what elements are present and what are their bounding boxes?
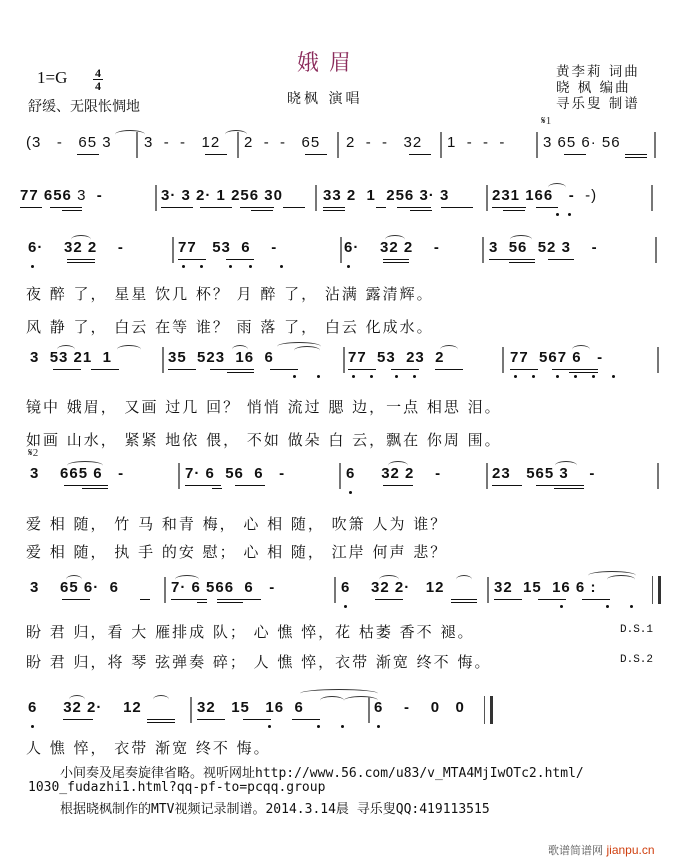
notes-r3-m2: 77 53 6 -: [178, 239, 277, 256]
underline: [243, 719, 271, 720]
low-octave-dot: [612, 375, 615, 378]
low-octave-dot: [229, 265, 232, 268]
barline: [136, 132, 138, 158]
underline: [376, 207, 386, 208]
tie-arc: [320, 696, 344, 705]
tie-arc: [572, 345, 590, 354]
tempo-marking: 舒缓、无限怅惆地: [28, 96, 140, 116]
notes-r4-m2: 35 523 16 6: [168, 349, 274, 366]
underline: [161, 207, 193, 208]
low-octave-dot: [560, 605, 563, 608]
tie-arc: [344, 696, 378, 705]
credits: 黄李莉 词曲 晓 枫 编曲 寻乐叟 制谱: [556, 64, 640, 112]
footer-note-line-2: 1030_fudazhi1.html?qq-pf-to=pcqq.group: [28, 780, 325, 795]
underline: [492, 207, 526, 208]
low-octave-dot: [249, 265, 252, 268]
underline: [67, 262, 95, 263]
segno-1-marker: 𝄋1: [541, 115, 551, 128]
underline: [251, 210, 273, 211]
footer-note-line-3: 根据晓枫制作的MTV视频记录制谱。2014.3.14晨 寻乐叟QQ:419113…: [60, 798, 490, 817]
underline: [494, 599, 522, 600]
low-octave-dot: [606, 605, 609, 608]
time-signature: 4 4: [93, 67, 103, 92]
score-row-4: 3 53 21 1 35 523 16 6 77 53 23 2 77 567 …: [0, 345, 696, 379]
tie-arc: [69, 695, 85, 704]
barline: [440, 132, 442, 158]
underline: [270, 369, 298, 370]
underline: [375, 599, 403, 600]
lyric-row-4-verse-2: 如画 山水， 紧紧 地依 偎， 不如 做朵 白 云，飘在 你周 围。: [26, 429, 502, 450]
notes-r1-m1: (3 - 65 3: [26, 134, 112, 151]
barline: [487, 577, 489, 603]
underline: [200, 207, 232, 208]
tie-arc: [456, 575, 472, 584]
credit-transcriber: 寻乐叟 制谱: [556, 96, 640, 112]
watermark: 歌谱简谱网 jianpu.cn: [548, 842, 655, 858]
notes-r4-m3: 77 53 23 2: [348, 349, 444, 366]
key-signature: 1=G: [37, 68, 67, 88]
low-octave-dot: [280, 265, 283, 268]
underline: [383, 262, 409, 263]
barline: [190, 697, 192, 723]
underline: [548, 259, 574, 260]
lyric-row-3-verse-2: 风 静 了， 白云 在等 谁？ 雨 落 了， 白云 化成水。: [26, 316, 434, 337]
underline: [226, 259, 254, 260]
underline: [140, 599, 150, 600]
lyric-row-6-verse-1: 盼 君 归，看 大 雁排成 队； 心 憔 悴，花 枯萎 香不 褪。: [26, 621, 474, 642]
tie-arc: [67, 461, 103, 470]
tie-arc: [555, 461, 577, 470]
barline: [655, 237, 657, 263]
low-octave-dot: [200, 265, 203, 268]
tie-arc: [115, 130, 145, 139]
underline: [552, 369, 598, 370]
underline: [348, 369, 376, 370]
low-octave-dot: [268, 725, 271, 728]
notes-r7-m3: 6 - 0 0: [374, 699, 465, 716]
underline: [323, 210, 345, 211]
underline: [82, 488, 108, 489]
barline: [162, 347, 164, 373]
underline: [283, 207, 305, 208]
tie-arc: [548, 183, 566, 192]
low-octave-dot: [574, 375, 577, 378]
ds2-marker: D.S.2: [620, 654, 653, 666]
underline: [63, 719, 93, 720]
score-row-5: 3 665 6 - 7· 6 56 6 - 6 32 2 - 23 565 3 …: [0, 461, 696, 495]
underline: [410, 210, 432, 211]
final-barline: [484, 696, 493, 724]
tie-arc: [117, 345, 141, 354]
underline: [451, 602, 477, 603]
underline: [20, 207, 42, 208]
low-octave-dot: [532, 375, 535, 378]
underline: [509, 262, 535, 263]
low-octave-dot: [293, 375, 296, 378]
notes-r2-m2: 3· 3 2· 1 256 30: [161, 187, 283, 204]
low-octave-dot: [31, 725, 34, 728]
barline: [340, 237, 342, 263]
tie-arc: [607, 575, 635, 584]
underline: [536, 485, 584, 486]
low-octave-dot: [556, 213, 559, 216]
underline: [217, 602, 243, 603]
tie-arc: [57, 345, 75, 354]
low-octave-dot: [413, 375, 416, 378]
lyric-row-3-verse-1: 夜 醉 了， 星星 饮几 杯？ 月 醉 了， 沾满 露清辉。: [26, 283, 434, 304]
score-row-6: 3 65 6· 6 7· 6 566 6 - 6 32 2· 12 32 15 …: [0, 575, 696, 609]
barline: [164, 577, 166, 603]
score-row-1: (3 - 65 3 3 - - 12 2 - - 65 2 - - 32 1 -…: [0, 130, 696, 164]
score-row-3: 6· 32 2 - 77 53 6 - 6· 32 2 - 3 56 52 3 …: [0, 235, 696, 269]
low-octave-dot: [317, 725, 320, 728]
underline: [391, 369, 419, 370]
singer-line: 晓枫 演唱: [287, 88, 362, 108]
barline: [315, 185, 317, 211]
underline: [205, 154, 227, 155]
underline: [178, 259, 206, 260]
lyric-row-5-verse-2: 爱 相 随， 执 手 的安 慰； 心 相 随， 江岸 何声 悲？: [26, 541, 447, 562]
barline: [343, 347, 345, 373]
low-octave-dot: [514, 375, 517, 378]
underline: [582, 599, 610, 600]
low-octave-dot: [182, 265, 185, 268]
notes-r2-m4: 231 166 - -): [492, 187, 597, 204]
low-octave-dot: [349, 491, 352, 494]
barline: [178, 463, 180, 489]
tie-arc: [388, 461, 408, 470]
underline: [441, 207, 473, 208]
lyric-row-6-verse-2: 盼 君 归，将 琴 弦弹奏 碎； 人 憔 悴，衣带 渐宽 终不 悔。: [26, 651, 491, 672]
notes-r1-m3: 2 - - 65: [244, 134, 320, 151]
underline: [510, 369, 538, 370]
underline: [625, 157, 647, 158]
underline: [197, 719, 225, 720]
underline: [409, 154, 431, 155]
underline: [217, 599, 261, 600]
underline: [91, 369, 119, 370]
barline: [651, 185, 653, 211]
underline: [397, 207, 431, 208]
notes-r1-m5: 1 - - -: [447, 134, 505, 151]
underline: [227, 372, 254, 373]
time-signature-bottom: 4: [93, 79, 103, 92]
notes-r2-m1: 77 656 3 -: [20, 187, 103, 204]
credit-lyrics-composer: 黄李莉 词曲: [556, 64, 640, 80]
underline: [536, 207, 558, 208]
underline: [564, 154, 586, 155]
low-octave-dot: [370, 375, 373, 378]
low-octave-dot: [395, 375, 398, 378]
notes-r1-m6: 3 65 6· 56: [543, 134, 621, 151]
notes-r7-m2: 32 15 16 6: [197, 699, 304, 716]
underline: [171, 599, 207, 600]
underline: [240, 207, 274, 208]
time-signature-top: 4: [93, 67, 103, 79]
underline: [53, 369, 81, 370]
tie-arc: [440, 345, 458, 354]
underline: [168, 369, 196, 370]
notes-r1-m2: 3 - - 12: [144, 134, 220, 151]
underline: [435, 369, 463, 370]
song-title: 娥眉: [297, 46, 361, 77]
underline: [305, 154, 327, 155]
segno-2-marker: 𝄋2: [28, 447, 38, 460]
low-octave-dot: [592, 375, 595, 378]
barline: [657, 463, 659, 489]
low-octave-dot: [352, 375, 355, 378]
watermark-en: jianpu.cn: [607, 843, 655, 857]
underline: [147, 722, 175, 723]
barline: [172, 237, 174, 263]
underline: [212, 488, 222, 489]
underline: [185, 485, 221, 486]
notes-r2-m3: 33 2 1 256 3· 3: [323, 187, 449, 204]
underline: [569, 372, 598, 373]
barline: [339, 463, 341, 489]
barline: [334, 577, 336, 603]
tie-arc: [71, 235, 91, 244]
barline: [654, 132, 656, 158]
barline: [486, 463, 488, 489]
low-octave-dot: [317, 375, 320, 378]
underline: [50, 207, 82, 208]
low-octave-dot: [556, 375, 559, 378]
underline: [538, 599, 566, 600]
low-octave-dot: [341, 725, 344, 728]
ds1-marker: D.S.1: [620, 624, 653, 636]
underline: [62, 210, 82, 211]
score-row-7: 6 32 2· 12 32 15 16 6 6 - 0 0: [0, 695, 696, 729]
low-octave-dot: [377, 725, 380, 728]
tie-arc: [175, 575, 199, 584]
low-octave-dot: [630, 605, 633, 608]
underline: [489, 259, 535, 260]
underline: [67, 259, 95, 260]
tie-arc: [385, 235, 405, 244]
underline: [62, 599, 90, 600]
underline: [197, 602, 207, 603]
underline: [147, 719, 175, 720]
underline: [503, 210, 525, 211]
barline: [482, 237, 484, 263]
score-row-2: 77 656 3 - 3· 3 2· 1 256 30 33 2 1 256 3…: [0, 183, 696, 217]
underline: [77, 154, 99, 155]
underline: [451, 599, 477, 600]
lyric-row-5-verse-1: 爱 相 随， 竹 马 和青 梅， 心 相 随， 吹箫 人为 谁？: [26, 513, 447, 534]
barline: [657, 347, 659, 373]
underline: [323, 207, 345, 208]
low-octave-dot: [347, 265, 350, 268]
tie-arc: [66, 575, 82, 584]
notes-r5-m2: 7· 6 56 6 -: [185, 465, 285, 482]
notes-r3-m4: 3 56 52 3 -: [489, 239, 598, 256]
barline: [536, 132, 538, 158]
tie-arc: [232, 345, 248, 354]
underline: [554, 488, 584, 489]
underline: [235, 485, 265, 486]
barline: [502, 347, 504, 373]
lyric-row-4-verse-1: 镜中 娥眉， 又画 过几 回？ 悄悄 流过 腮 边，一点 相思 泪。: [26, 396, 502, 417]
barline: [368, 697, 370, 723]
tie-arc: [510, 235, 532, 244]
tie-arc: [153, 695, 169, 704]
underline: [492, 485, 522, 486]
underline: [625, 154, 647, 155]
low-octave-dot: [344, 605, 347, 608]
low-octave-dot: [568, 213, 571, 216]
lyric-row-7: 人 憔 悴， 衣带 渐宽 终不 悔。: [26, 737, 271, 758]
underline: [292, 719, 320, 720]
credit-arranger: 晓 枫 编曲: [556, 80, 640, 96]
notes-r6-m4: 32 15 16 6 :: [494, 579, 596, 596]
repeat-end-barline: [652, 576, 661, 604]
barline: [237, 132, 239, 158]
underline: [210, 369, 254, 370]
footer-note-line-1: 小间奏及尾奏旋律省略。视听网址http://www.56.com/u83/v_M…: [60, 762, 584, 781]
underline: [383, 259, 409, 260]
tie-arc: [294, 346, 320, 355]
watermark-cn: 歌谱简谱网: [548, 844, 603, 857]
underline: [383, 485, 413, 486]
notes-r5-m4: 23 565 3 -: [492, 465, 595, 482]
underline: [64, 485, 108, 486]
barline: [486, 185, 488, 211]
notes-r1-m4: 2 - - 32: [346, 134, 422, 151]
barline: [155, 185, 157, 211]
barline: [337, 132, 339, 158]
low-octave-dot: [31, 265, 34, 268]
tie-arc: [379, 575, 399, 584]
